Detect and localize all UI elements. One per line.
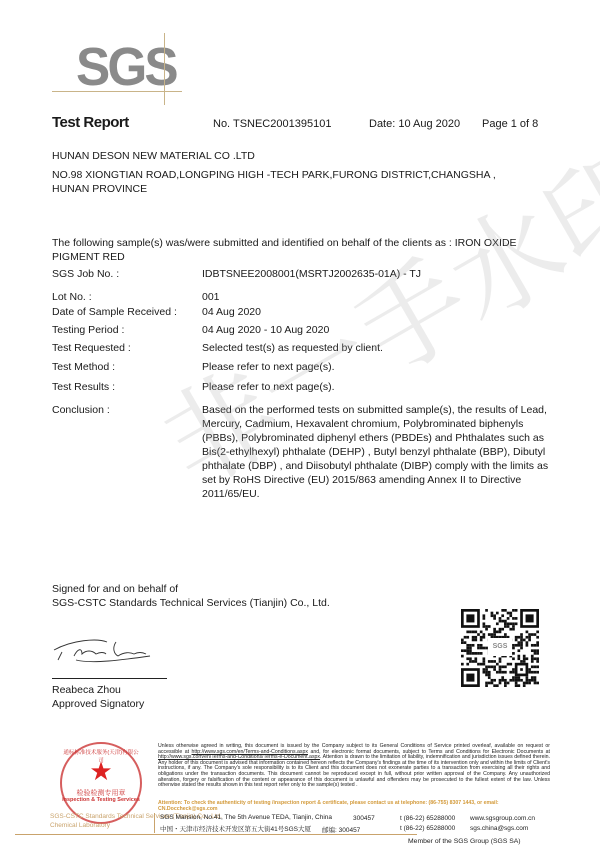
page-indicator: Page 1 of 8	[482, 118, 538, 130]
postcode-cn: 邮编: 300457	[322, 825, 360, 834]
field-value: 04 Aug 2020	[202, 305, 567, 319]
field-label: SGS Job No. :	[52, 267, 202, 281]
signatory-name: Reabeca Zhou	[52, 683, 121, 697]
stamp-center-en: Inspection & Testing Services	[62, 797, 140, 803]
client-name: HUNAN DESON NEW MATERIAL CO .LTD	[52, 149, 255, 163]
sample-intro: The following sample(s) was/were submitt…	[52, 236, 552, 264]
field-label: Test Results :	[52, 380, 202, 394]
sgs-logo: SGS	[52, 28, 182, 104]
signing-company: SGS-CSTC Standards Technical Services (T…	[52, 596, 330, 610]
logo-vertical-line	[164, 33, 165, 105]
stamp-star-icon: ★	[62, 758, 140, 784]
field-label: Lot No. :	[52, 290, 202, 304]
authenticity-attention: Attention: To check the authenticity of …	[158, 801, 558, 812]
report-date: Date: 10 Aug 2020	[369, 118, 460, 130]
conclusion-text: Based on the performed tests on submitte…	[202, 403, 562, 501]
report-number: No. TSNEC2001395101	[213, 118, 331, 130]
report-header: Test Report No. TSNEC2001395101 Date: 10…	[52, 114, 560, 134]
postcode-en: 300457	[353, 815, 375, 822]
field-value: 001	[202, 290, 567, 304]
signatory-title: Approved Signatory	[52, 697, 144, 711]
field-value: Please refer to next page(s).	[202, 360, 567, 374]
sgs-logo-text: SGS	[76, 36, 176, 98]
address-accent-bar	[154, 813, 155, 833]
client-address: NO.98 XIONGTIAN ROAD,LONGPING HIGH -TECH…	[52, 168, 522, 196]
address-en: SGS Mansion, No.41, The 5th Avenue TEDA,…	[160, 814, 332, 821]
field-value: IDBTSNEE2008001(MSRTJ2002635-01A) - TJ	[202, 267, 567, 281]
phone-1: t (86-22) 65288000	[400, 815, 455, 822]
field-label: Date of Sample Received :	[52, 305, 202, 319]
sgs-group-membership: Member of the SGS Group (SGS SA)	[408, 838, 521, 845]
handwritten-signature	[52, 634, 162, 666]
footer-divider	[15, 834, 417, 835]
field-label: Test Requested :	[52, 341, 202, 355]
logo-horizontal-line	[52, 91, 182, 92]
field-label: Test Method :	[52, 360, 202, 374]
address-cn: 中国・天津市经济技术开发区第五大街41号SGS大厦	[160, 824, 311, 833]
report-title: Test Report	[52, 114, 129, 131]
field-value: Selected test(s) as requested by client.	[202, 341, 567, 355]
field-value: Please refer to next page(s).	[202, 380, 567, 394]
email[interactable]: sgs.china@sgs.com	[470, 825, 528, 832]
signed-for-label: Signed for and on behalf of	[52, 582, 330, 596]
verification-qr-code[interactable]	[461, 609, 539, 687]
signature-line	[52, 678, 167, 679]
signed-on-behalf: Signed for and on behalf of SGS-CSTC Sta…	[52, 582, 330, 610]
terms-fineprint: Unless otherwise agreed in writing, this…	[158, 744, 550, 789]
field-label: Testing Period :	[52, 323, 202, 337]
field-value: 04 Aug 2020 - 10 Aug 2020	[202, 323, 567, 337]
website[interactable]: www.sgsgroup.com.cn	[470, 815, 535, 822]
field-label: Conclusion :	[52, 403, 202, 417]
fineprint-part: . Attention is drawn to the limitation o…	[158, 754, 550, 788]
phone-2: t (86-22) 65288000	[400, 825, 455, 832]
